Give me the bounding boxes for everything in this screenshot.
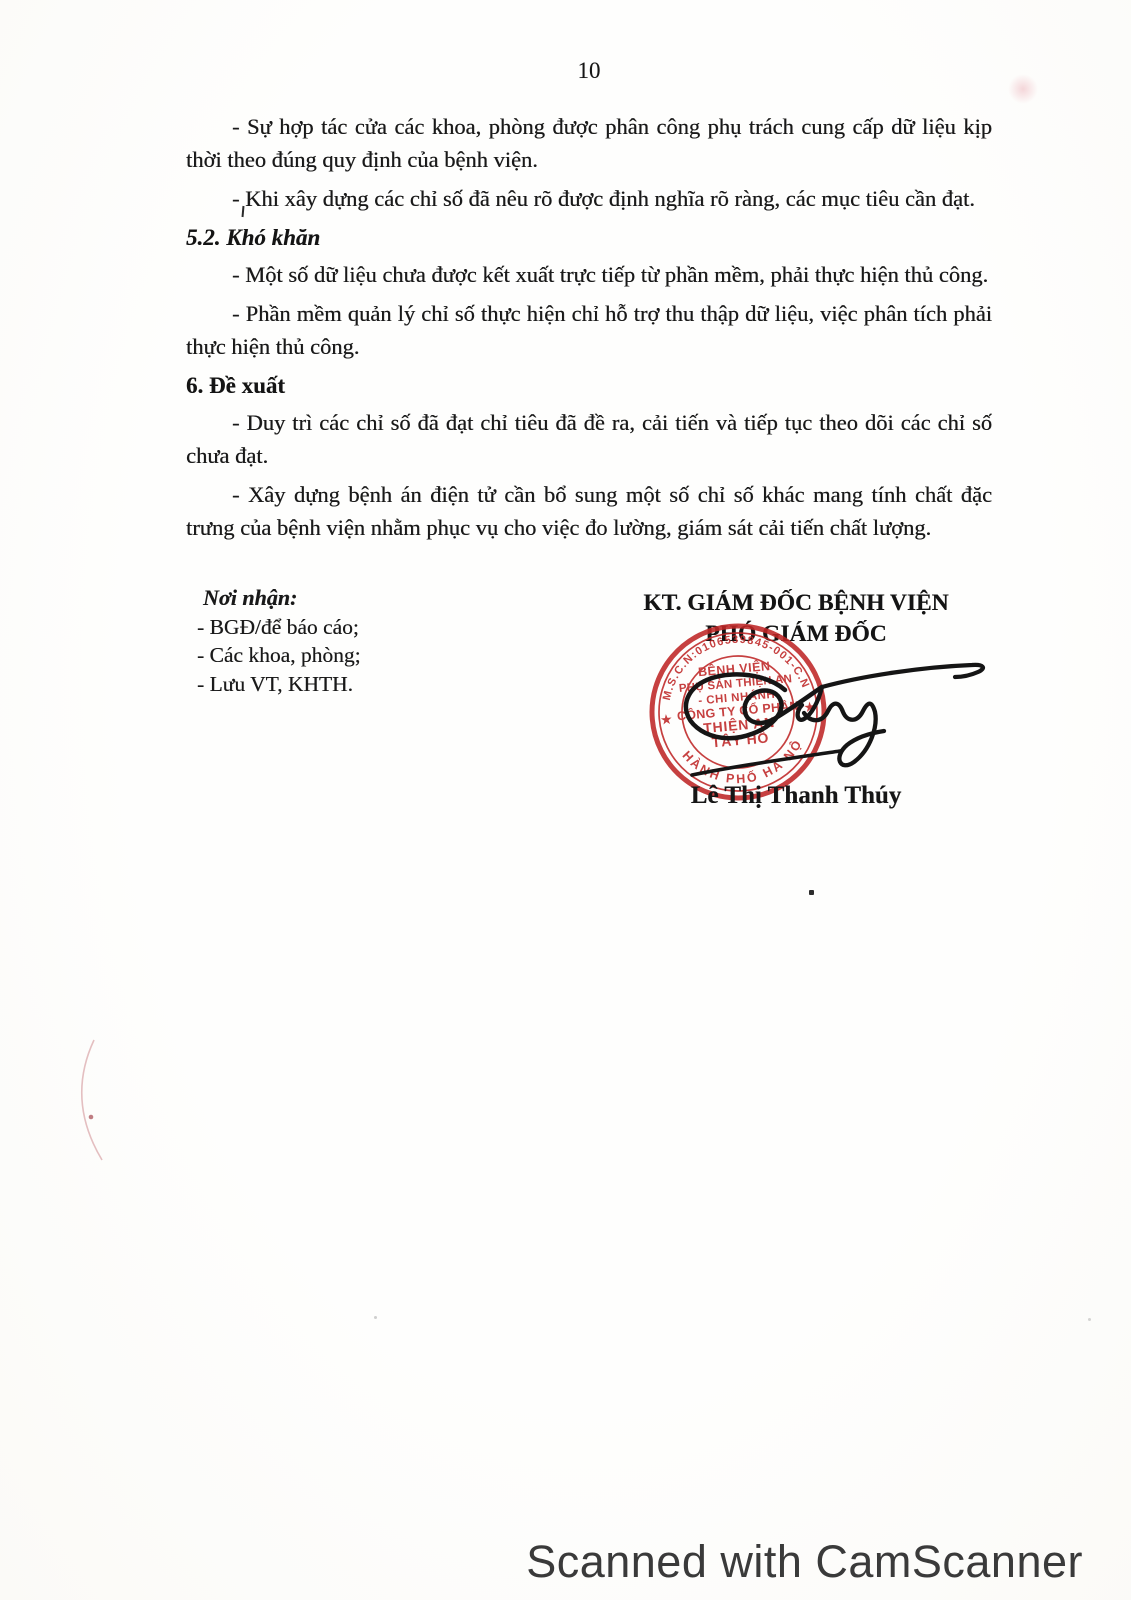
bleed-arc-stroke	[82, 1040, 102, 1160]
document-body: - Sự hợp tác cửa các khoa, phòng được ph…	[186, 110, 992, 550]
section-heading-de-xuat: 6. Đề xuất	[186, 369, 992, 402]
recipient-line: - Lưu VT, KHTH.	[197, 670, 361, 699]
dust-speck	[1088, 1318, 1091, 1321]
scanned-document-page: 10 - Sự hợp tác cửa các khoa, phòng được…	[0, 0, 1131, 1600]
recipients-block: Nơi nhận: - BGĐ/để báo cáo; - Các khoa, …	[197, 584, 361, 698]
dust-speck	[374, 1316, 377, 1319]
signature-flourish-stroke	[822, 665, 983, 687]
camscanner-watermark: Scanned with CamScanner	[526, 1536, 1083, 1588]
paragraph: - Một số dữ liệu chưa được kết xuất trực…	[186, 258, 992, 291]
signer-name: Lê Thị Thanh Thúy	[630, 782, 962, 810]
paragraph: - Sự hợp tác cửa các khoa, phòng được ph…	[186, 110, 992, 176]
recipient-line: - Các khoa, phòng;	[197, 641, 361, 670]
section-heading-kho-khan: 5.2. Khó khăn	[186, 221, 992, 254]
signature-underline-stroke	[692, 751, 840, 775]
recipient-line: - BGĐ/để báo cáo;	[197, 613, 361, 642]
pink-smudge	[1008, 74, 1038, 104]
paragraph: - Xây dựng bệnh án điện tử cần bổ sung m…	[186, 478, 992, 544]
faint-stamp-bleed-arc	[58, 1030, 128, 1175]
page-number: 10	[186, 58, 992, 84]
red-speck	[89, 1115, 94, 1120]
paragraph: - Khi xây dựng các chỉ số đã nêu rõ được…	[186, 182, 992, 215]
paragraph: - Duy trì các chỉ số đã đạt chỉ tiêu đã …	[186, 406, 992, 472]
paragraph: - Phần mềm quản lý chỉ số thực hiện chỉ …	[186, 297, 992, 363]
ink-speck	[809, 890, 814, 895]
recipients-heading: Nơi nhận:	[197, 584, 361, 613]
